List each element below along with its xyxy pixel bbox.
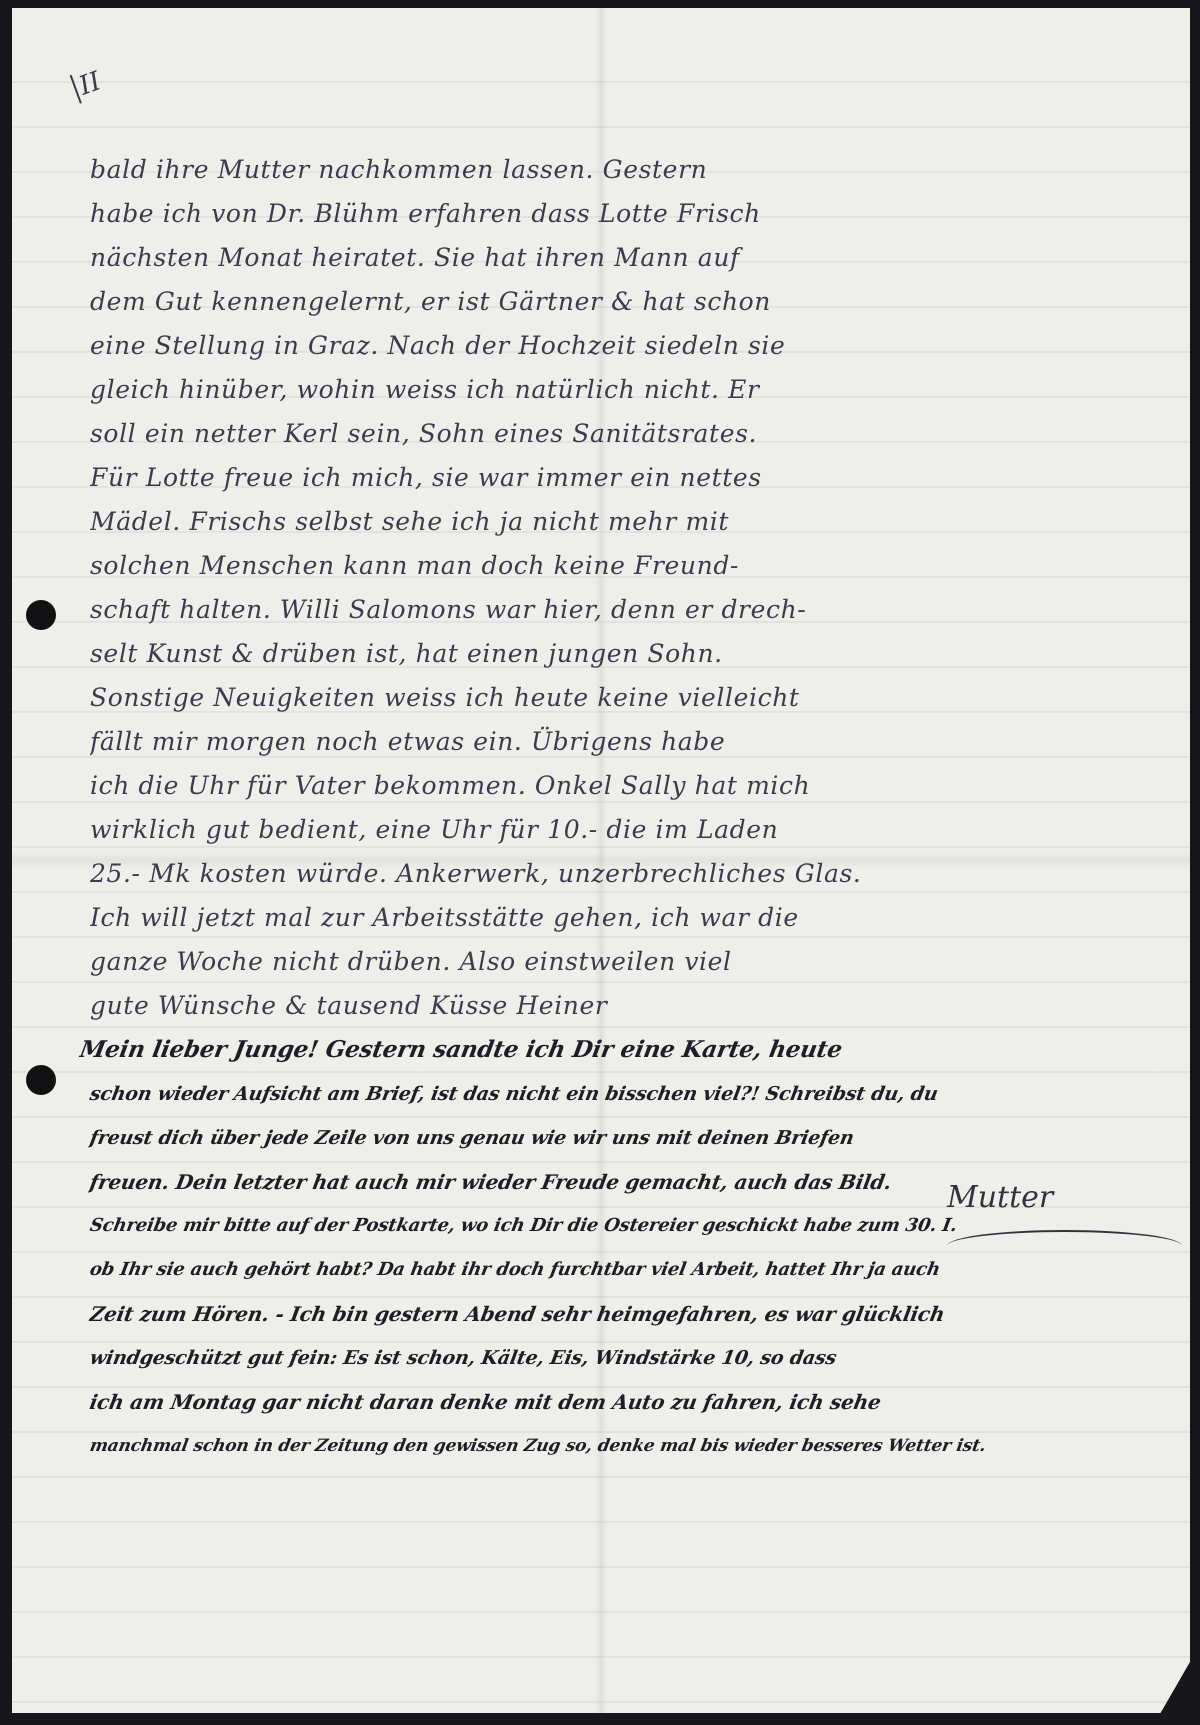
page-number: II: [70, 66, 105, 103]
son-line: selt Kunst & drüben ist, hat einen junge…: [90, 632, 1170, 676]
mother-line: windgeschützt gut fein: Es ist schon, Kä…: [86, 1336, 1174, 1380]
letter-paper: II bald ihre Mutter nachkommen lassen. G…: [12, 8, 1190, 1713]
scanned-letter: II bald ihre Mutter nachkommen lassen. G…: [0, 0, 1200, 1725]
son-line: fällt mir morgen noch etwas ein. Übrigen…: [90, 720, 1170, 764]
son-line: ganze Woche nicht drüben. Also einstweil…: [90, 940, 1170, 984]
son-line: bald ihre Mutter nachkommen lassen. Gest…: [90, 148, 1170, 192]
son-line: ich die Uhr für Vater bekommen. Onkel Sa…: [90, 764, 1170, 808]
mother-line: ich am Montag gar nicht daran denke mit …: [86, 1380, 1174, 1424]
signature-flourish: [947, 1230, 1182, 1262]
son-line: 25.- Mk kosten würde. Ankerwerk, unzerbr…: [90, 852, 1170, 896]
mother-line: manchmal schon in der Zeitung den gewiss…: [86, 1424, 1174, 1468]
son-line: nächsten Monat heiratet. Sie hat ihren M…: [90, 236, 1170, 280]
mother-line: schon wieder Aufsicht am Brief, ist das …: [86, 1072, 1174, 1116]
son-line: wirklich gut bedient, eine Uhr für 10.- …: [90, 808, 1170, 852]
mother-line: freust dich über jede Zeile von uns gena…: [86, 1116, 1174, 1160]
son-line: Mädel. Frischs selbst sehe ich ja nicht …: [90, 500, 1170, 544]
son-line: Ich will jetzt mal zur Arbeitsstätte geh…: [90, 896, 1170, 940]
son-line: Für Lotte freue ich mich, sie war immer …: [90, 456, 1170, 500]
son-line: schaft halten. Willi Salomons war hier, …: [90, 588, 1170, 632]
mother-line: Mein lieber Junge! Gestern sandte ich Di…: [76, 1028, 1174, 1072]
punch-hole-lower: [26, 1065, 56, 1095]
mother-line: Zeit zum Hören. - Ich bin gestern Abend …: [86, 1292, 1174, 1336]
letter-body: bald ihre Mutter nachkommen lassen. Gest…: [90, 148, 1170, 1468]
son-line: dem Gut kennengelernt, er ist Gärtner & …: [90, 280, 1170, 324]
son-line: gleich hinüber, wohin weiss ich natürlic…: [90, 368, 1170, 412]
son-line-closing: gute Wünsche & tausend Küsse Heiner: [90, 984, 1170, 1028]
punch-hole-upper: [26, 600, 56, 630]
son-line: solchen Menschen kann man doch keine Fre…: [90, 544, 1170, 588]
son-line: Sonstige Neuigkeiten weiss ich heute kei…: [90, 676, 1170, 720]
mother-signature: Mutter: [947, 1180, 1053, 1215]
son-line: eine Stellung in Graz. Nach der Hochzeit…: [90, 324, 1170, 368]
son-line: habe ich von Dr. Blühm erfahren dass Lot…: [90, 192, 1170, 236]
son-line: soll ein netter Kerl sein, Sohn eines Sa…: [90, 412, 1170, 456]
